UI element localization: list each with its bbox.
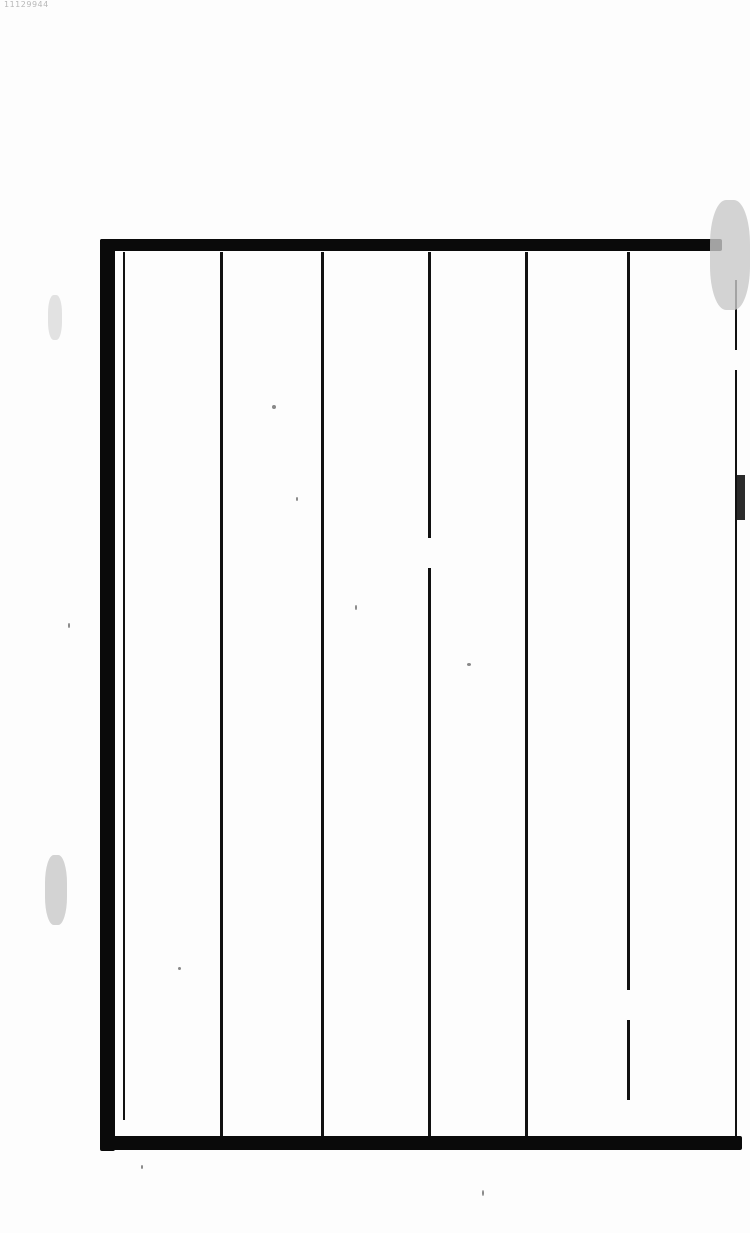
rule-gap: [732, 350, 740, 370]
column-rule: [627, 252, 630, 1100]
column-rule: [123, 252, 125, 1120]
column-rule: [220, 252, 223, 1136]
paper-speck: [296, 497, 298, 501]
edge-mark: [737, 475, 745, 520]
paper-speck: [272, 405, 276, 409]
rule-gap: [425, 538, 433, 568]
paper-stain: [48, 295, 62, 340]
column-rule: [525, 252, 528, 1136]
paper-stain: [710, 200, 750, 310]
column-rule: [321, 252, 324, 1136]
paper-speck: [355, 605, 357, 610]
frame-border-left: [100, 239, 115, 1151]
paper-speck: [482, 1190, 484, 1196]
paper-speck: [467, 663, 471, 666]
rule-gap: [624, 990, 632, 1020]
column-rule: [735, 280, 737, 1136]
paper-speck: [141, 1165, 143, 1169]
frame-border-bottom: [110, 1136, 742, 1150]
frame-border-top: [100, 239, 722, 251]
paper-stain: [45, 855, 67, 925]
column-rule: [428, 252, 431, 1136]
scanned-page: [0, 0, 750, 1233]
paper-speck: [178, 967, 181, 970]
paper-speck: [68, 623, 70, 628]
